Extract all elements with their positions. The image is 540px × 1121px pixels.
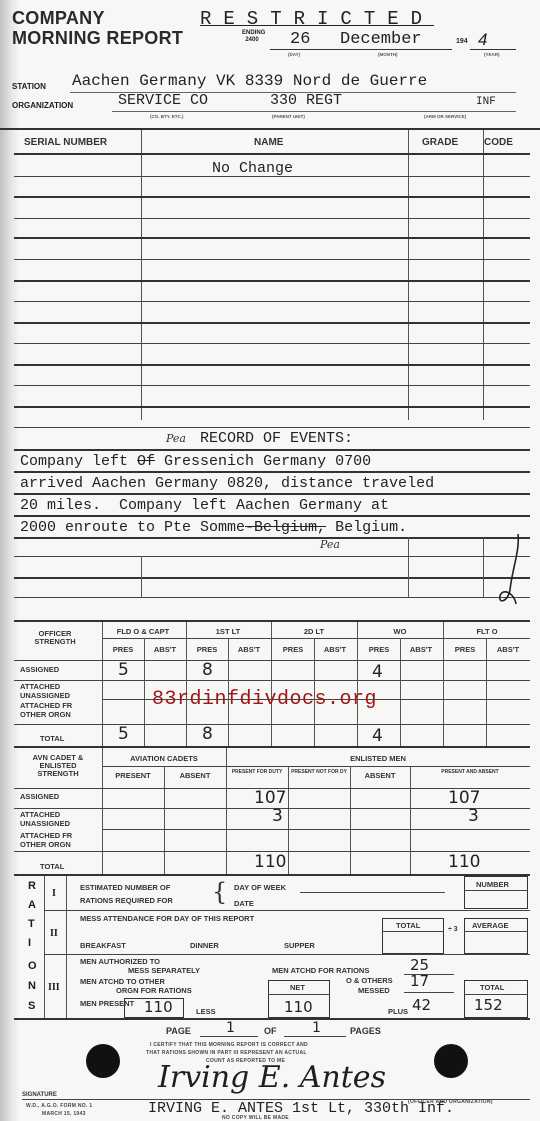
mess-attendance-label: MESS ATTENDANCE FOR DAY OF THIS REPORT <box>80 914 254 923</box>
total-present-and-absent: 110 <box>448 852 480 872</box>
month-underline <box>330 49 452 50</box>
day-sublabel: (DAY) <box>288 52 300 57</box>
box-divider <box>382 931 444 932</box>
ration-total-label: TOTAL <box>480 983 504 992</box>
personnel-entry-name: No Change <box>212 160 293 177</box>
assigned-1st-lt-pres: 8 <box>202 660 213 680</box>
organization-arm: INF <box>476 96 496 108</box>
column-divider <box>400 638 401 746</box>
no-copy-note: NO COPY WILL BE MADE <box>222 1115 289 1121</box>
column-grade: GRADE <box>422 137 458 148</box>
morning-report-document: COMPANY MORNING REPORT RESTRICTED ENDING… <box>0 0 540 1121</box>
divide-by-three: ÷ 3 <box>448 926 458 933</box>
ending-label: ENDING 2400 <box>242 30 262 44</box>
officer-sublabel: (OFFICER AND ORGANIZATION) <box>408 1099 493 1105</box>
column-divider <box>271 622 272 746</box>
row-rule <box>14 577 530 579</box>
row-rule <box>102 829 530 830</box>
date-label: DATE <box>234 899 254 908</box>
col-absent: ABSENT <box>350 772 410 780</box>
officer-row-attached-fr-other: ATTACHED FR OTHER ORGN <box>20 701 96 719</box>
enlisted-row-attached-fr-other: ATTACHED FR OTHER ORGN <box>20 831 96 849</box>
page-number: 1 <box>226 1020 235 1036</box>
table-border <box>14 620 530 622</box>
plus-value: 42 <box>412 996 431 1014</box>
others-messed-label-2: MESSED <box>358 986 390 995</box>
value-underline <box>404 992 454 993</box>
atchd-for-rations-label: MEN ATCHD FOR RATIONS <box>272 966 369 975</box>
punch-hole-left <box>86 1044 120 1078</box>
column-divider <box>102 622 103 746</box>
column-divider <box>350 766 351 874</box>
certify-line-2: THAT RATIONS SHOWN IN PART III REPRESENT… <box>146 1050 307 1056</box>
column-serial-number: SERIAL NUMBER <box>24 137 107 148</box>
correction-initials: Pea <box>320 538 340 551</box>
group-fld-o-capt: FLD O & CAPT <box>102 628 184 636</box>
total-present-for-duty: 110 <box>254 852 286 872</box>
form-title: COMPANY MORNING REPORT <box>12 8 183 48</box>
plus-label: PLUS <box>388 1007 408 1016</box>
attached-present-for-duty: 3 <box>272 806 283 826</box>
row-rule <box>14 724 530 725</box>
row-rule <box>14 153 530 155</box>
box-divider <box>464 931 528 932</box>
subcol-abst: ABS'T <box>314 646 356 654</box>
total-label: TOTAL <box>396 921 420 930</box>
box-divider <box>268 994 330 995</box>
row-rule <box>14 280 530 282</box>
estimated-rations-label-1: ESTIMATED NUMBER OF <box>80 883 170 892</box>
atchd-other-label-2: ORGN FOR RATIONS <box>116 986 192 995</box>
subcol-pres: PRES <box>272 646 314 654</box>
pages-underline <box>284 1036 346 1037</box>
atchd-other-label-1: MEN ATCHD TO OTHER <box>80 977 165 986</box>
table-border <box>14 746 530 748</box>
line-through-mark-icon <box>490 530 530 610</box>
event-line-1: Company left Of Gressenich Germany 0700 <box>20 453 371 470</box>
ration-total-value: 152 <box>474 996 503 1014</box>
parent-sublabel: (PARENT UNIT) <box>272 114 305 119</box>
rations-letter: A <box>28 899 36 911</box>
company-sublabel: (CO. BTY. ETC.) <box>150 114 184 119</box>
column-divider <box>486 638 487 746</box>
group-2d-lt: 2D LT <box>272 628 356 636</box>
rations-letter: R <box>28 880 36 892</box>
officer-strength-header: OFFICER STRENGTH <box>20 630 90 646</box>
attached-present-and-absent: 3 <box>468 806 479 826</box>
table-border <box>14 1018 530 1020</box>
punch-hole-right <box>434 1044 468 1078</box>
day-of-week-line <box>300 892 445 893</box>
section-ii-numeral: II <box>50 928 58 939</box>
box-divider <box>464 994 528 995</box>
column-divider <box>144 638 145 746</box>
mess-separately-label-1: MEN AUTHORIZED TO <box>80 957 160 966</box>
classification-stamp: RESTRICTED <box>200 8 434 30</box>
station-label: STATION <box>12 82 46 91</box>
row-rule <box>102 638 530 639</box>
event-line-4: 2000 enroute to Pte Somme-Belgium, Belgi… <box>20 519 407 536</box>
form-date: MARCH 15, 1943 <box>42 1111 86 1117</box>
page-label: PAGE <box>166 1026 191 1036</box>
assigned-present-and-absent: 107 <box>448 788 480 808</box>
col-cadet-present: PRESENT <box>102 772 164 780</box>
number-label: NUMBER <box>476 880 509 889</box>
grade-divider <box>483 130 484 420</box>
group-flt-o: FLT O <box>444 628 530 636</box>
less-label: LESS <box>196 1007 216 1016</box>
report-year: 4 <box>478 30 487 50</box>
initials-mark: Pea <box>166 432 186 445</box>
row-rule <box>14 237 530 239</box>
subcol-pres: PRES <box>358 646 400 654</box>
brace-icon: { <box>212 878 227 906</box>
rations-letter: N <box>28 980 36 992</box>
column-divider <box>410 766 411 874</box>
group-aviation-cadets: AVIATION CADETS <box>102 755 226 763</box>
certify-line-1: I CERTIFY THAT THIS MORNING REPORT IS CO… <box>150 1042 308 1048</box>
assigned-fld-capt-pres: 5 <box>118 660 129 680</box>
column-divider <box>164 766 165 874</box>
men-present-label: MEN PRESENT <box>80 1000 116 1008</box>
section-i-numeral: I <box>52 888 56 899</box>
row-rule <box>14 196 530 198</box>
organization-label: ORGANIZATION <box>12 101 73 110</box>
estimated-rations-label-2: RATIONS REQUIRED FOR <box>80 896 173 905</box>
column-divider <box>66 876 67 1018</box>
group-wo: WO <box>358 628 442 636</box>
column-divider <box>357 622 358 746</box>
row-rule <box>14 385 530 386</box>
row-rule <box>14 427 530 428</box>
supper-label: SUPPER <box>284 941 315 950</box>
column-name: NAME <box>254 137 283 148</box>
total-1st-lt-pres: 8 <box>202 724 213 744</box>
col-present-for-duty: PRESENT FOR DUTY <box>226 769 288 776</box>
row-rule <box>14 301 530 302</box>
report-day: 26 <box>290 30 310 49</box>
row-rule <box>14 322 530 324</box>
total-wo-pres: 4 <box>372 726 383 746</box>
column-divider <box>483 537 484 597</box>
arm-sublabel: (ARM OR SERVICE) <box>424 114 466 119</box>
month-sublabel: (MONTH) <box>378 52 398 57</box>
form-number: W.D., A.G.O. FORM NO. 1 <box>26 1103 92 1109</box>
officer-row-total: TOTAL <box>40 734 64 743</box>
group-1st-lt: 1ST LT <box>186 628 270 636</box>
row-rule <box>14 471 530 473</box>
year-prefix: 194 <box>456 38 468 45</box>
row-rule <box>14 537 530 539</box>
row-rule <box>14 364 530 366</box>
subcol-abst: ABS'T <box>228 646 270 654</box>
rations-letter: O <box>28 960 37 972</box>
total-pages: 1 <box>312 1020 321 1036</box>
row-rule <box>14 176 530 177</box>
page-underline <box>200 1036 258 1037</box>
rations-letter: T <box>28 918 35 930</box>
station-value: Aachen Germany VK 8339 Nord de Guerre <box>72 72 427 90</box>
enlisted-row-total: TOTAL <box>40 862 64 871</box>
year-underline <box>470 49 516 50</box>
column-divider <box>186 622 187 746</box>
mess-separately-label-2: MESS SEPARATELY <box>128 966 200 975</box>
day-of-week-label: DAY OF WEEK <box>234 883 286 892</box>
row-rule <box>14 449 530 451</box>
subcol-abst: ABS'T <box>486 646 530 654</box>
row-rule <box>14 597 530 598</box>
average-label: AVERAGE <box>472 921 509 930</box>
row-rule <box>14 343 530 344</box>
day-underline <box>270 49 330 50</box>
subcol-pres: PRES <box>186 646 228 654</box>
organization-company: SERVICE CO <box>118 92 208 109</box>
row-rule <box>14 660 530 661</box>
enlisted-row-assigned: ASSIGNED <box>20 792 59 801</box>
row-rule <box>14 218 530 219</box>
column-code: CODE <box>484 137 513 148</box>
report-month: December <box>340 30 422 49</box>
row-rule <box>14 556 530 557</box>
row-rule <box>44 954 530 955</box>
col-present-and-absent: PRESENT AND ABSENT <box>410 769 530 776</box>
table-border <box>14 874 530 876</box>
signature-handwritten: Irving E. Antes <box>158 1060 386 1095</box>
table-top-border <box>0 128 540 130</box>
row-rule <box>44 910 530 911</box>
event-line-2: arrived Aachen Germany 0820, distance tr… <box>20 475 434 492</box>
pages-label: PAGES <box>350 1026 381 1036</box>
enlisted-strength-header: AVN CADET & ENLISTED STRENGTH <box>18 754 98 778</box>
col-cadet-absent: ABSENT <box>164 772 226 780</box>
subcol-abst: ABS'T <box>400 646 442 654</box>
organization-underline <box>112 111 516 112</box>
men-present-value: 110 <box>144 998 173 1016</box>
row-rule <box>14 406 530 408</box>
row-rule <box>102 766 530 767</box>
rations-letter: I <box>28 937 31 949</box>
watermark-text: 83rdinfdivdocs.org <box>152 688 377 711</box>
organization-parent-unit: 330 REGT <box>270 92 342 109</box>
row-rule <box>14 493 530 495</box>
dinner-label: DINNER <box>190 941 219 950</box>
column-divider <box>288 766 289 874</box>
column-divider <box>408 537 409 597</box>
officer-row-attached-unassigned: ATTACHED UNASSIGNED <box>20 682 96 700</box>
box-divider <box>464 890 528 891</box>
column-divider <box>141 556 142 598</box>
subcol-pres: PRES <box>444 646 486 654</box>
assigned-wo-pres: 4 <box>372 662 383 682</box>
row-rule <box>14 680 530 681</box>
rations-letter: S <box>28 1000 35 1012</box>
section-iii-numeral: III <box>48 982 60 993</box>
enlisted-row-attached-unassigned: ATTACHED UNASSIGNED <box>20 810 96 828</box>
name-divider <box>408 130 409 420</box>
total-fld-capt-pres: 5 <box>118 724 129 744</box>
net-value: 110 <box>284 998 313 1016</box>
column-divider <box>443 622 444 746</box>
breakfast-label: BREAKFAST <box>80 941 126 950</box>
form-title-line2: MORNING REPORT <box>12 28 183 48</box>
form-title-line1: COMPANY <box>12 8 183 28</box>
assigned-present-for-duty: 107 <box>254 788 286 808</box>
event-line-3: 20 miles. Company left Aachen Germany at <box>20 497 389 514</box>
subcol-pres: PRES <box>102 646 144 654</box>
serial-divider <box>141 130 142 420</box>
of-label: OF <box>264 1026 277 1036</box>
row-rule <box>14 515 530 517</box>
officer-row-assigned: ASSIGNED <box>20 665 59 674</box>
record-of-events-title: RECORD OF EVENTS: <box>200 430 353 447</box>
column-divider <box>44 876 45 1018</box>
others-messed-label-1: O & OTHERS <box>346 976 393 985</box>
subcol-abst: ABS'T <box>144 646 186 654</box>
year-sublabel: (YEAR) <box>484 52 500 57</box>
net-label: NET <box>290 983 305 992</box>
signature-label: SIGNATURE <box>22 1092 57 1098</box>
group-enlisted-men: ENLISTED MEN <box>226 755 530 763</box>
row-rule <box>14 259 530 260</box>
col-present-not-for-duty: PRESENT NOT FOR DY <box>288 769 350 776</box>
others-messed-value: 17 <box>410 972 429 990</box>
